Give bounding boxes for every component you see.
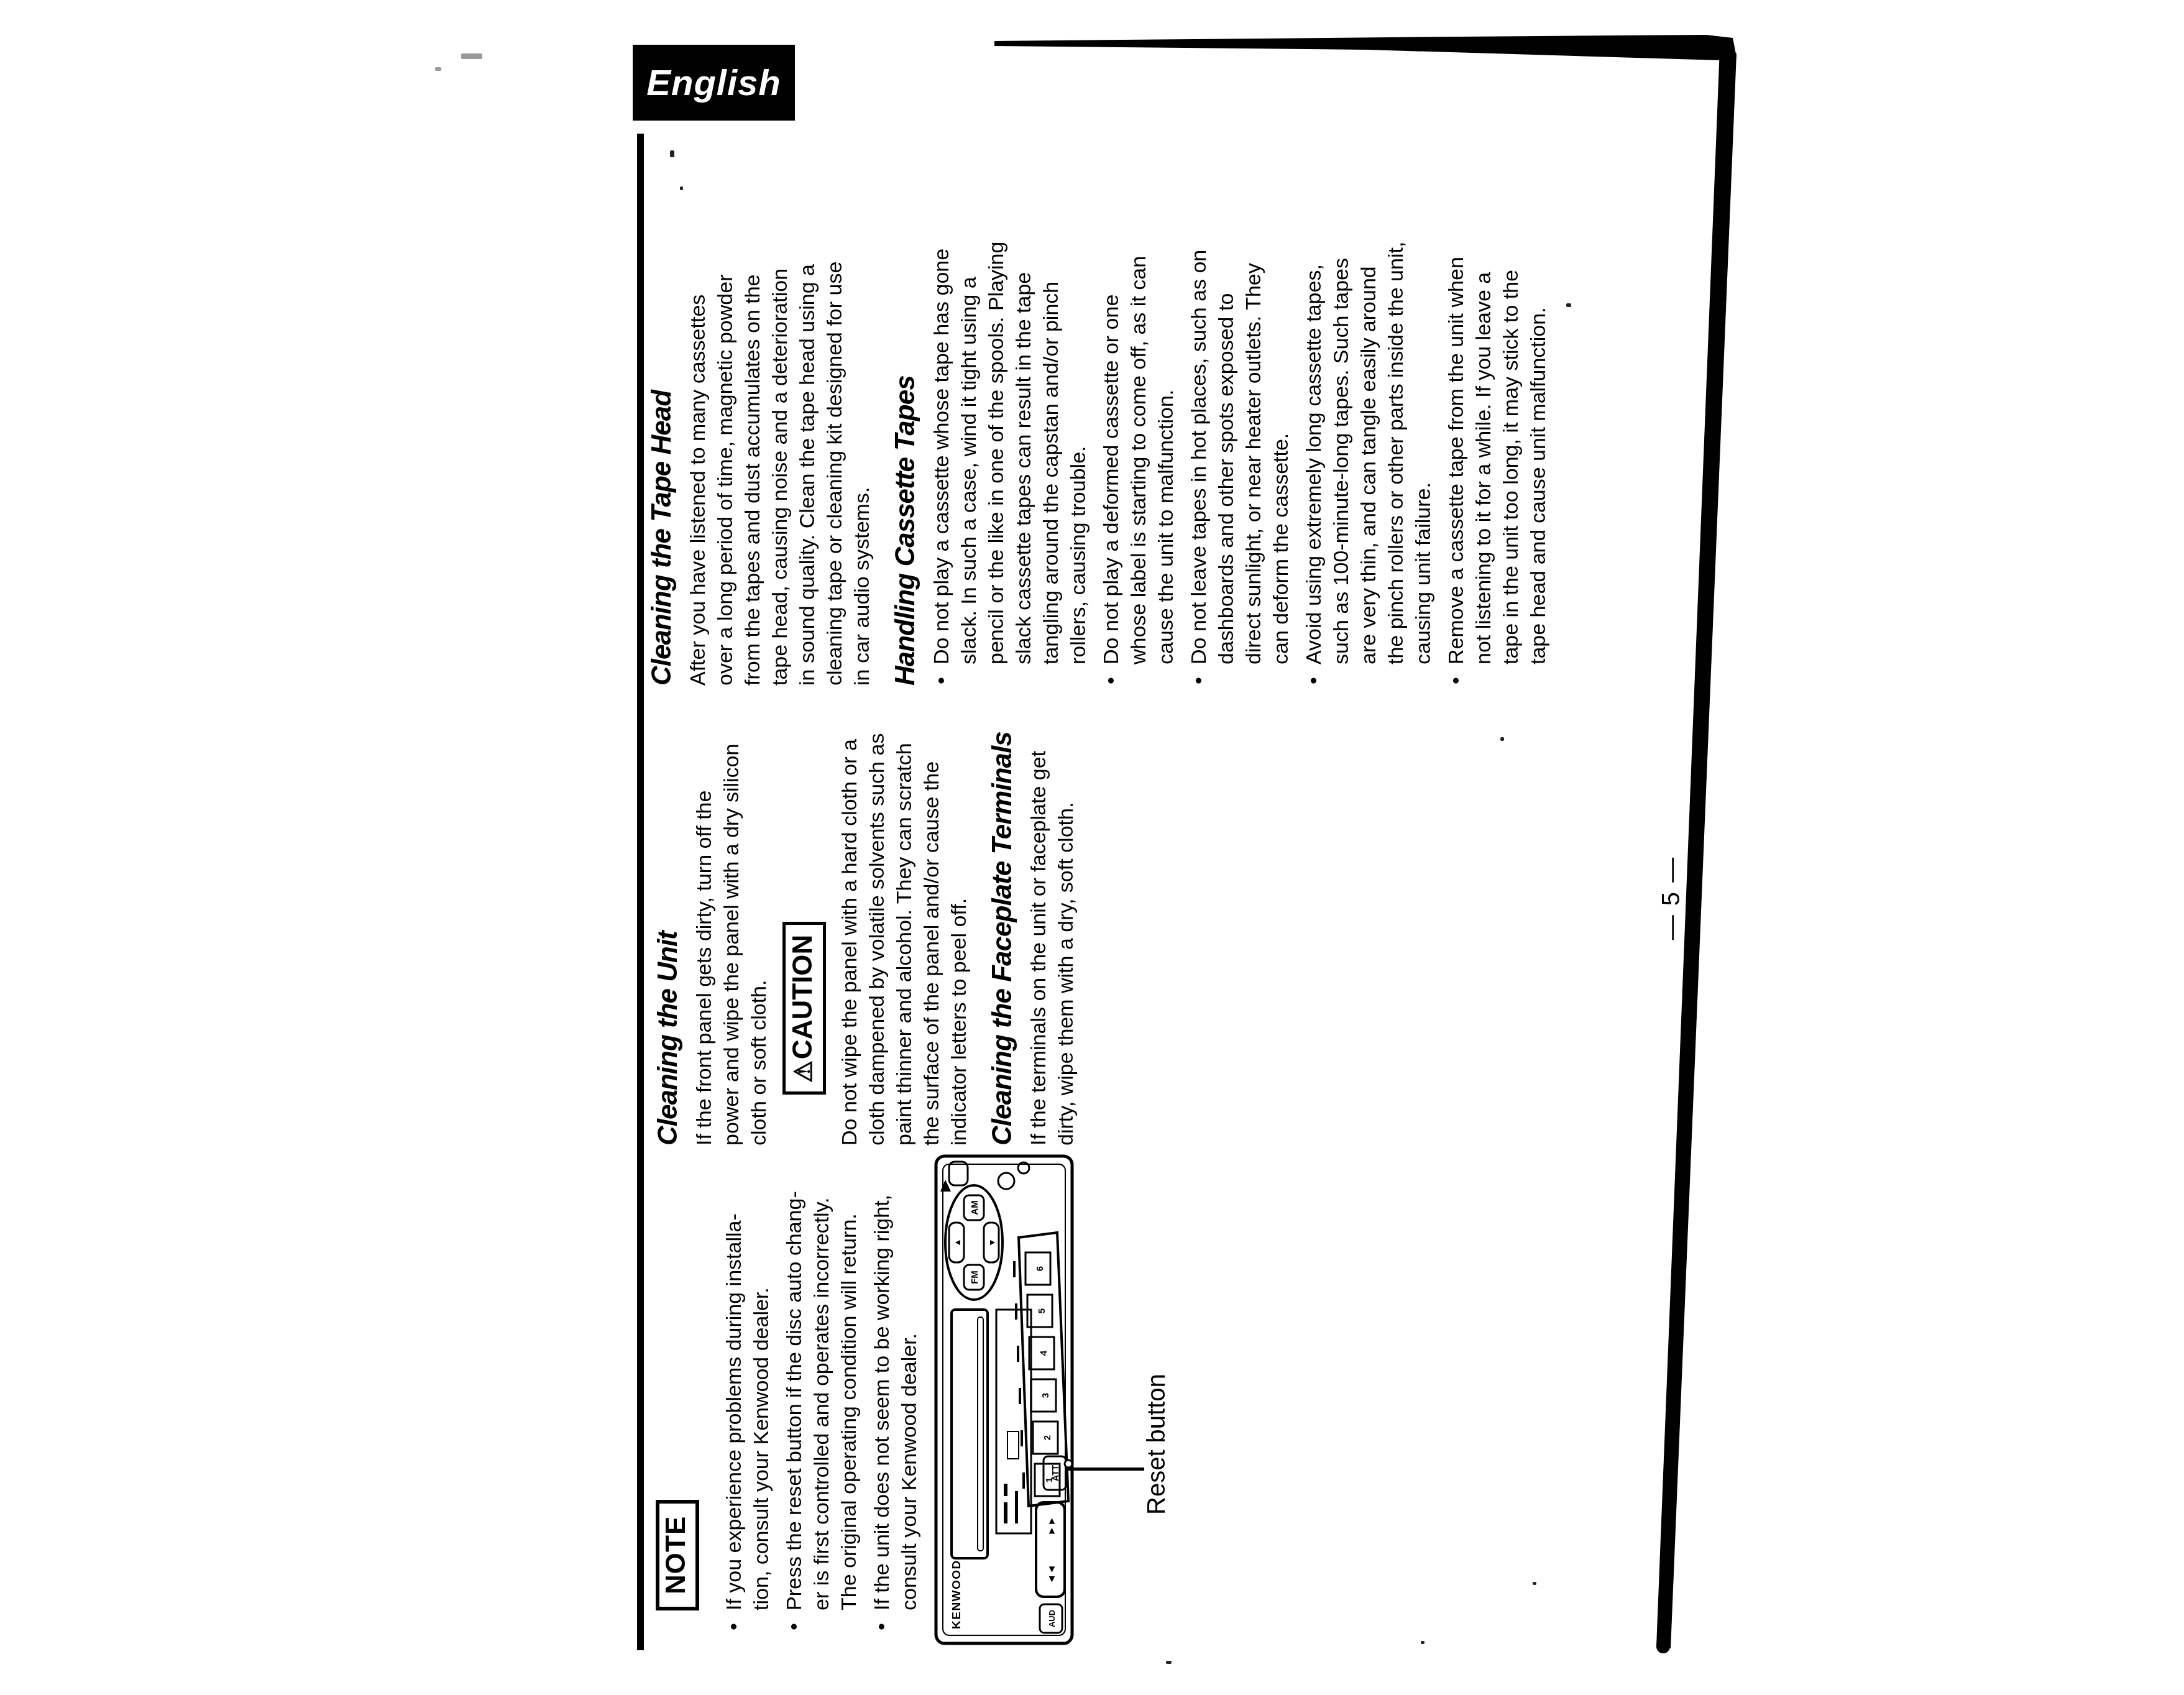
seek-back-icon: ◄◄: [1047, 1564, 1057, 1584]
body-line: power and wipe the panel with a dry sili…: [718, 678, 745, 1146]
seek-fwd-icon: ►►: [1047, 1516, 1057, 1536]
scan-speck: [1500, 737, 1504, 741]
volume-up-key: ▲: [952, 1238, 962, 1247]
warning-triangle-icon: ⚠: [790, 1060, 817, 1083]
body-line: tape head and cause unit malfunction.: [1525, 126, 1552, 664]
note-line: If the unit does not seem to be working …: [868, 1141, 896, 1610]
caution-box: ⚠CAUTION: [782, 922, 826, 1095]
body-line: Remove a cassette tape from the unit whe…: [1443, 126, 1470, 664]
list-item: Do not play a cassette whose tape has go…: [928, 126, 1092, 686]
body-line: cleaning tape or cleaning kit designed f…: [821, 126, 848, 686]
body-line: such as 100-minute-long tapes. Such tape…: [1328, 126, 1355, 664]
body-line: pencil or the like in one of the spools.…: [983, 126, 1010, 664]
body-line: Do not play a cassette whose tape has go…: [928, 126, 955, 664]
att-button-label: ATT: [1050, 1464, 1060, 1481]
preset-button-6: 6: [1035, 1266, 1045, 1271]
caution-label: CAUTION: [787, 935, 818, 1059]
body-line: Do not leave tapes in hot places, such a…: [1185, 126, 1213, 664]
body-line: cloth or soft cloth.: [745, 678, 773, 1146]
body-line: indicator letters to peel off.: [945, 678, 973, 1146]
body-line: in sound quality. Clean the tape head us…: [794, 126, 821, 686]
body-line: can deform the cassette.: [1267, 126, 1295, 664]
rotated-page-content: NOTE If you experience problems during i…: [637, 134, 1687, 1650]
column-cleaning-unit: Cleaning the Unit If the front panel get…: [652, 678, 1080, 1146]
body-line: dashboards and other spots exposed to: [1213, 126, 1240, 664]
brand-logo: KENWOOD: [950, 1559, 963, 1629]
note-line: Press the reset button if the disc auto …: [781, 1141, 808, 1610]
scan-speck: [1166, 1661, 1172, 1664]
note-line: If you experience problems during instal…: [720, 1141, 748, 1610]
body-line: paint thinner and alcohol. They can scra…: [891, 678, 918, 1146]
body-line: tape in the unit too long, it may stick …: [1497, 126, 1525, 664]
section-title-cleaning-unit: Cleaning the Unit: [652, 678, 684, 1146]
body-line: Do not wipe the panel with a hard cloth …: [836, 678, 863, 1146]
language-tab: English: [633, 45, 795, 121]
body-line: Avoid using extremely long cassette tape…: [1300, 126, 1328, 664]
body-line: slack cassette tapes can result in the t…: [1010, 126, 1037, 664]
body-line: rollers, causing trouble.: [1065, 126, 1092, 664]
list-item: Do not play a deformed cassette or one w…: [1098, 126, 1180, 686]
body-line: tangling around the capstan and/or pinch: [1037, 126, 1065, 664]
reset-pointer-line: [1067, 1468, 1144, 1471]
list-item: If you experience problems during instal…: [720, 1141, 775, 1632]
aud-button-label: AUD: [1047, 1610, 1057, 1627]
scan-speck: [435, 67, 441, 71]
reset-hole: [1065, 1460, 1072, 1468]
note-bullet-list: If you experience problems during instal…: [720, 1141, 923, 1632]
fm-key: FM: [970, 1270, 980, 1284]
list-item: Do not leave tapes in hot places, such a…: [1185, 126, 1295, 686]
list-item: Press the reset button if the disc auto …: [781, 1141, 863, 1632]
note-line: tion, consult your Kenwood dealer.: [748, 1141, 775, 1610]
note-box-label: NOTE: [661, 1516, 691, 1594]
body-line: direct sunlight, or near heater outlets.…: [1240, 126, 1267, 664]
volume-down-key: ▼: [987, 1238, 997, 1247]
note-line: er is first controlled and operates inco…: [808, 1141, 835, 1610]
scan-speck: [1421, 1641, 1425, 1644]
preset-button-5: 5: [1037, 1308, 1047, 1313]
section-title-faceplate: Cleaning the Faceplate Terminals: [986, 678, 1019, 1146]
car-stereo-diagram: KENWOOD ▲ ▼ FM AM: [934, 1154, 1074, 1645]
note-box: NOTE: [656, 1500, 699, 1610]
am-key: AM: [970, 1200, 980, 1215]
body-line: slack. In such a case, wind it tight usi…: [955, 126, 983, 664]
body-line: After you have listened to many cassette…: [684, 126, 712, 686]
column-tape-head: Cleaning the Tape Head After you have li…: [646, 126, 1558, 686]
language-tab-label: English: [646, 62, 781, 104]
body-line: from the tapes and dust accumulates on t…: [739, 126, 766, 686]
body-line: tape head, causing noise and a deteriora…: [766, 126, 794, 686]
note-line: The original operating condition will re…: [835, 1141, 863, 1610]
header-rule: [637, 134, 644, 1650]
body-line: Do not play a deformed cassette or one: [1098, 126, 1125, 664]
body-line: cause the unit to malfunction.: [1152, 126, 1180, 664]
body-line: not listening to it for a while. If you …: [1470, 126, 1497, 664]
section-title-handling: Handling Cassette Tapes: [889, 126, 922, 686]
list-item: If the unit does not seem to be working …: [868, 1141, 923, 1632]
body-line: cloth dampened by volatile solvents such…: [863, 678, 891, 1146]
handling-bullet-list: Do not play a cassette whose tape has go…: [928, 126, 1552, 686]
section-title-tape-head: Cleaning the Tape Head: [646, 126, 678, 686]
body-line: If the front panel gets dirty, turn off …: [691, 678, 718, 1146]
preset-button-3: 3: [1040, 1393, 1051, 1398]
scan-speck: [670, 150, 674, 157]
list-item: Avoid using extremely long cassette tape…: [1300, 126, 1437, 686]
preset-button-2: 2: [1042, 1435, 1053, 1440]
body-line: whose label is starting to come off, as …: [1125, 126, 1152, 664]
preset-button-4: 4: [1039, 1350, 1049, 1356]
column-note: NOTE If you experience problems during i…: [656, 1141, 929, 1632]
scan-speck: [461, 53, 482, 59]
body-line: the pinch rollers or other parts inside …: [1382, 126, 1410, 664]
scan-speck: [1533, 1582, 1536, 1585]
body-line: in car audio systems.: [848, 126, 876, 686]
scan-speck: [680, 186, 683, 190]
body-line: causing unit failure.: [1410, 126, 1437, 664]
body-line: over a long period of time, magnetic pow…: [712, 126, 739, 686]
body-line: If the terminals on the unit or faceplat…: [1025, 678, 1052, 1146]
body-line: dirty, wipe them with a dry, soft cloth.: [1052, 678, 1080, 1146]
scan-speck: [1566, 303, 1571, 307]
list-item: Remove a cassette tape from the unit whe…: [1443, 126, 1552, 686]
note-line: consult your Kenwood dealer.: [896, 1141, 923, 1610]
body-line: the surface of the panel and/or cause th…: [918, 678, 945, 1146]
page-number: — 5 —: [1658, 830, 1686, 967]
reset-button-label: Reset button: [1143, 1374, 1171, 1515]
scanned-manual-page: English NOTE If you experience problems …: [0, 0, 2184, 1695]
body-line: are very thin, and can tangle easily aro…: [1355, 126, 1382, 664]
cassette-door: [952, 1310, 988, 1558]
